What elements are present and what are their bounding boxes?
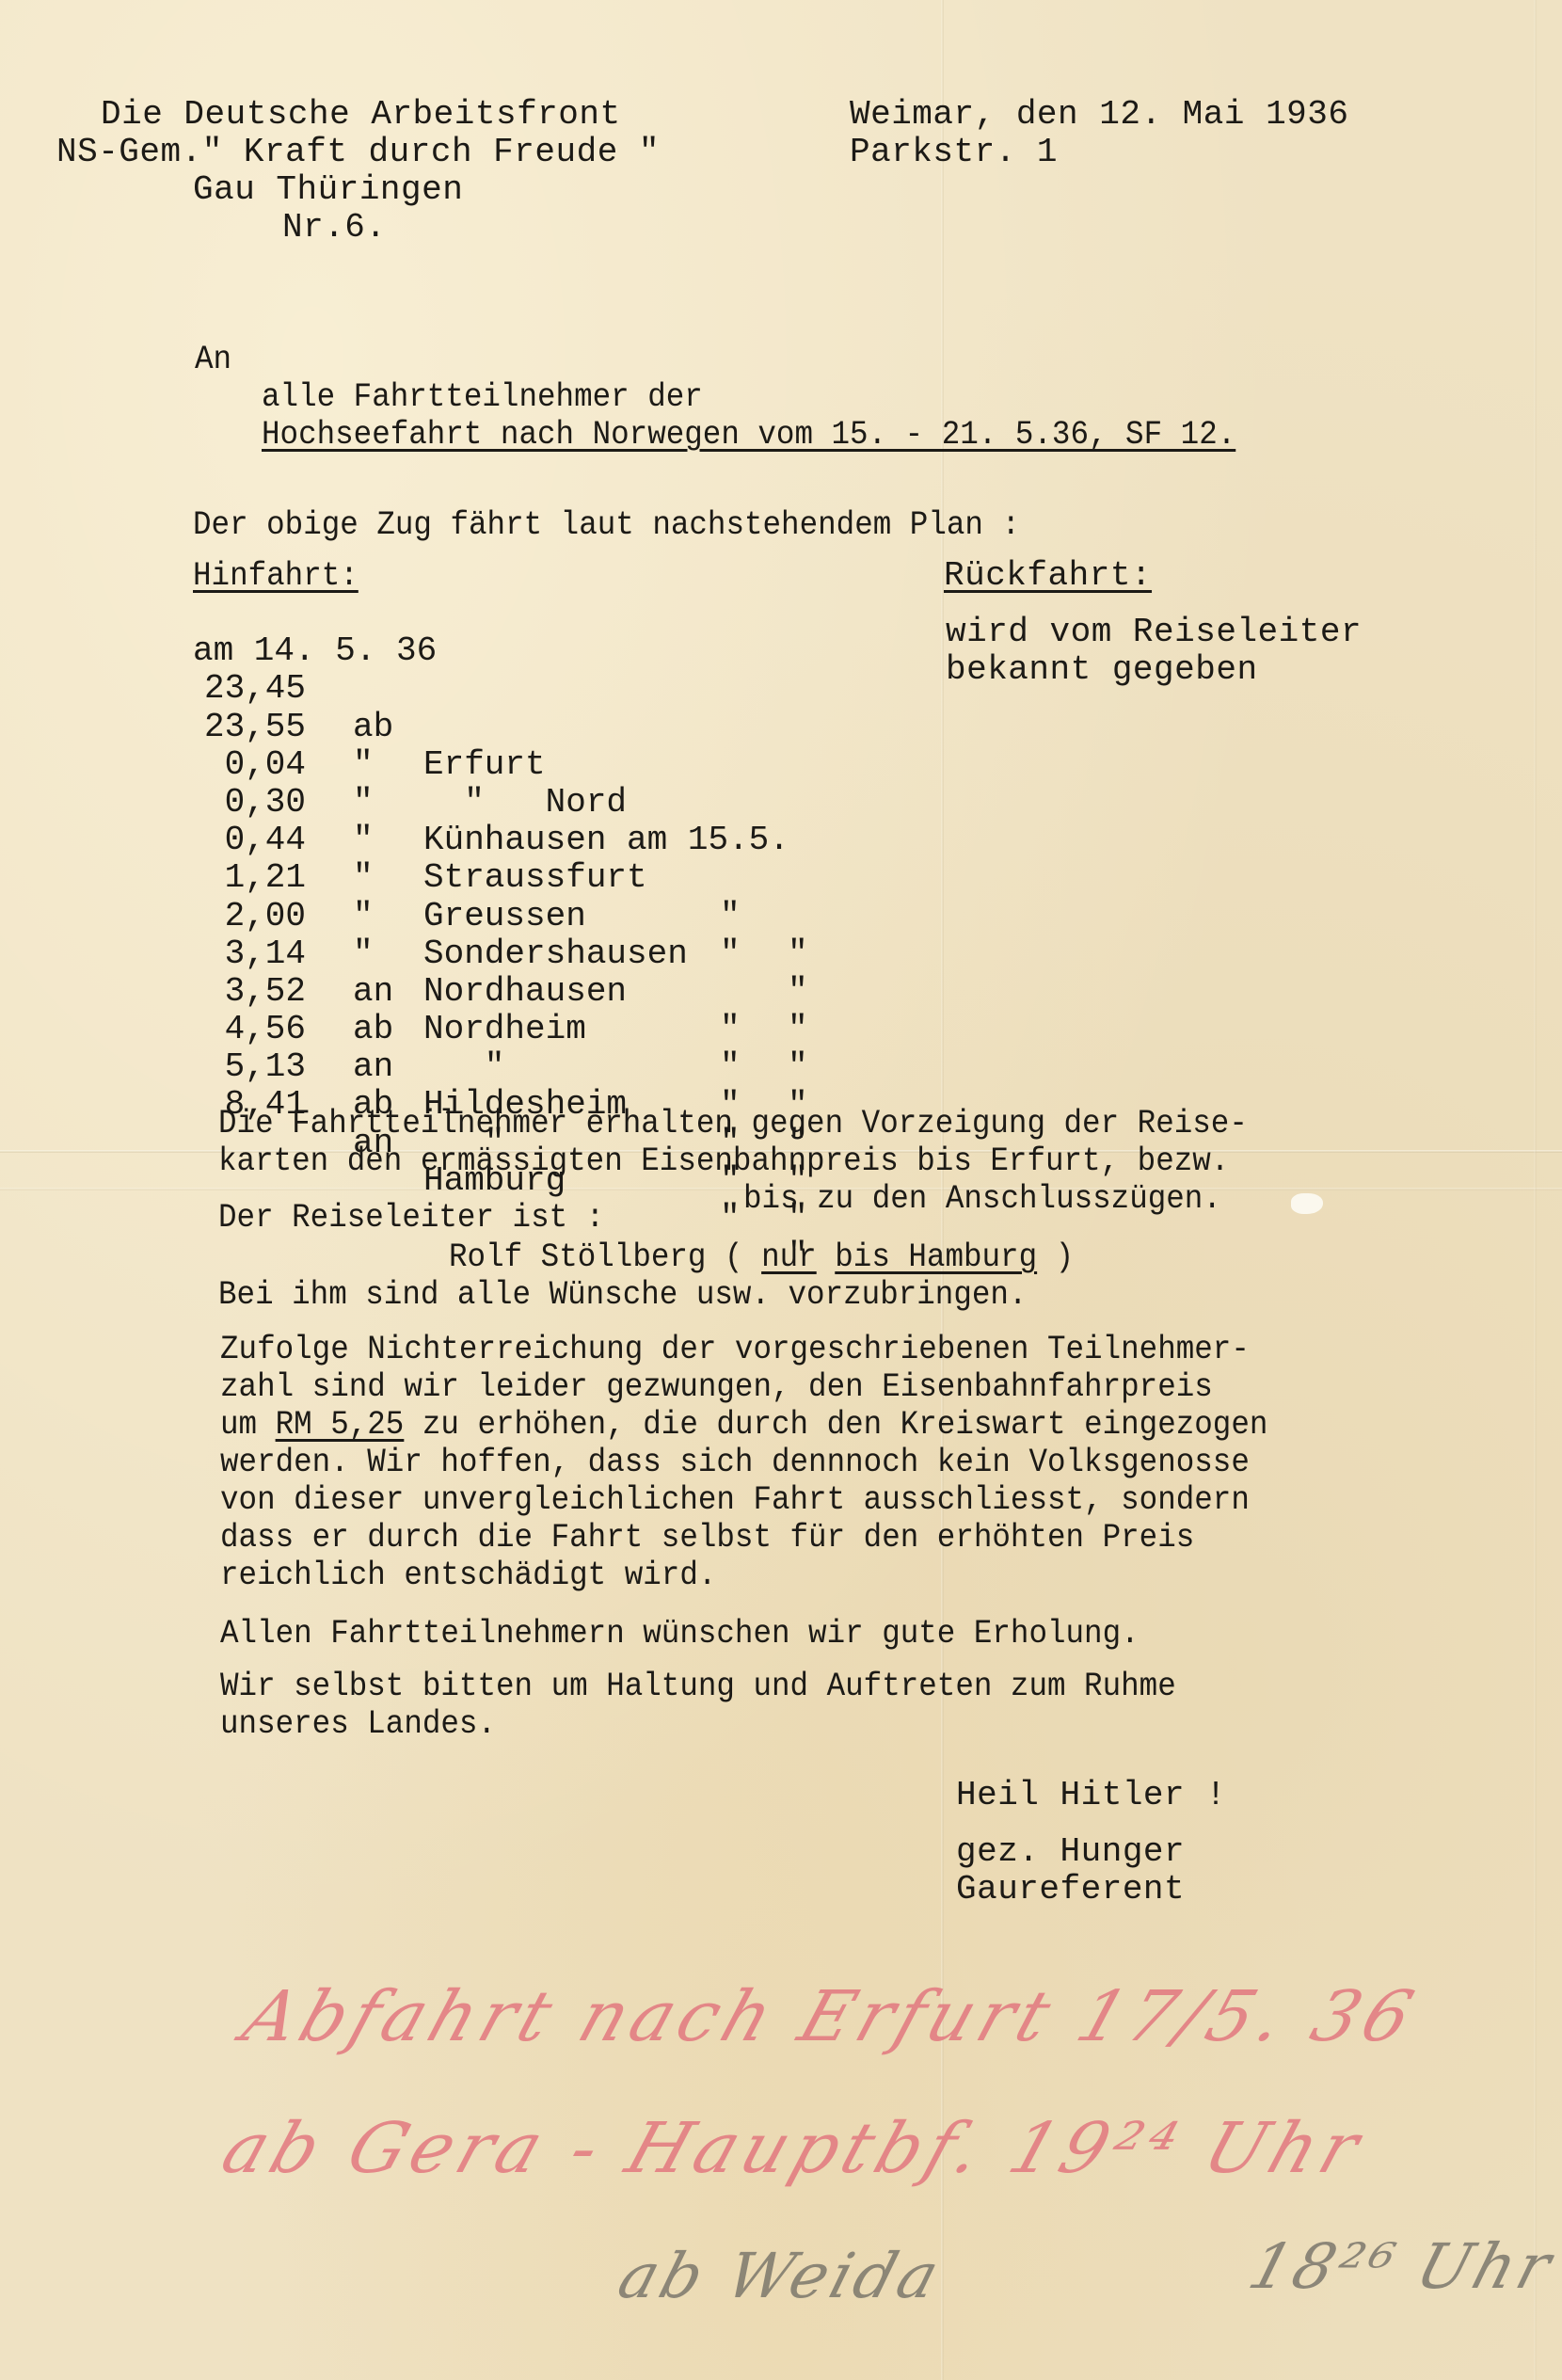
arrival-departure-mark: "	[353, 898, 374, 935]
rueckfahrt-line: wird vom Reiseleiter	[946, 614, 1362, 651]
address: Parkstr. 1	[850, 134, 1058, 171]
handwritten-red-note: Abfahrt nach Erfurt 17/5. 36	[233, 1976, 1427, 2057]
schedule-row: 5,13 ab " " "	[193, 1011, 274, 1048]
sender-community: NS-Gem." Kraft durch Freude "	[56, 134, 660, 171]
leader-line: Rolf Stöllberg ( nur bis Hamburg )	[449, 1238, 1074, 1276]
request-line: Wir selbst bitten um Haltung und Auftret…	[220, 1668, 1176, 1705]
ditto-mark: "	[788, 935, 808, 973]
arrival-departure-mark: "	[353, 746, 374, 784]
handwritten-pencil-time: 18²⁶ Uhr	[1241, 2230, 1562, 2303]
rueckfahrt-line: bekannt gegeben	[946, 651, 1258, 689]
sender-gau: Gau Thüringen	[193, 171, 463, 209]
schedule-row: 0,44 " Greussen " "	[193, 784, 274, 822]
ditto-mark: "	[788, 973, 808, 1011]
recipient-prefix: An	[195, 341, 231, 378]
schedule-row: 3,52 ab " " "	[193, 935, 274, 973]
paren-close: )	[1056, 1238, 1075, 1276]
leader-name: Rolf Stöllberg	[449, 1238, 706, 1276]
arrival-departure-mark: ab	[353, 1011, 393, 1048]
schedule-row: 8,41 an Hamburg " "	[193, 1048, 274, 1086]
hinfahrt-heading: Hinfahrt:	[193, 557, 359, 595]
schedule-row: 2,00 " Nordhausen " "	[193, 859, 274, 897]
ditto-mark: "	[720, 898, 741, 935]
paper-hole	[1291, 1193, 1323, 1214]
arrival-departure-mark: "	[353, 784, 374, 822]
arrival-departure-mark: "	[353, 935, 374, 973]
schedule-row: 0,04 " Künhausen am 15.5.	[193, 709, 274, 746]
price-line: von dieser unvergleichlichen Fahrt aussc…	[220, 1481, 1250, 1519]
paper-fold-vertical	[1534, 0, 1537, 2380]
schedule-row: 3,14 an Nordheim " "	[193, 898, 274, 935]
ditto-mark: "	[720, 1200, 741, 1238]
price-line: um RM 5,25 zu erhöhen, die durch den Kre…	[220, 1406, 1267, 1444]
station-name: Künhausen am 15.5.	[423, 822, 789, 859]
leader-label: Der Reiseleiter ist :	[218, 1199, 604, 1237]
price-line: dass er durch die Fahrt selbst für den e…	[220, 1519, 1194, 1557]
fare-line: karten den ermässigten Eisenbahnpreis bi…	[218, 1142, 1229, 1180]
sender-number: Nr.6.	[282, 209, 387, 247]
ditto-mark: "	[788, 1011, 808, 1048]
arrival-departure-mark: "	[353, 859, 374, 897]
wishes-line: Allen Fahrtteilnehmern wünschen wir gute…	[220, 1615, 1140, 1653]
rueckfahrt-heading: Rückfahrt:	[944, 557, 1152, 595]
schedule-row: 4,56 an Hildesheim " "	[193, 973, 274, 1011]
station-name: " Nord	[423, 784, 627, 822]
ditto-mark: "	[720, 1011, 741, 1048]
station-name: Straussfurt	[423, 859, 647, 897]
schedule-table: am 14. 5. 36 23,45 ab Erfurt 23,55 " " N…	[193, 595, 274, 1086]
leader-note-only: nur	[761, 1238, 817, 1276]
price-line: werden. Wir hoffen, dass sich dennnoch k…	[220, 1444, 1250, 1481]
schedule-row: 23,45 ab Erfurt	[193, 632, 274, 670]
trip-title: Hochseefahrt nach Norwegen vom 15. - 21.…	[262, 416, 1235, 454]
arrival-departure-mark: an	[353, 973, 393, 1011]
request-line: unseres Landes.	[220, 1705, 496, 1743]
price-suffix: zu erhöhen, die durch den Kreiswart eing…	[404, 1406, 1267, 1444]
schedule-intro: Der obige Zug fährt laut nachstehendem P…	[193, 506, 1020, 544]
station-name: Nordheim	[423, 1011, 586, 1048]
arrival-departure-mark: "	[353, 822, 374, 859]
handwritten-pencil-note: ab Weida	[611, 2240, 950, 2312]
arrival-departure-mark: ab	[353, 709, 393, 746]
signatory-title: Gaureferent	[956, 1871, 1185, 1909]
paren-open: (	[725, 1238, 743, 1276]
salutation: Heil Hitler !	[956, 1777, 1226, 1814]
price-line: reichlich entschädigt wird.	[220, 1557, 716, 1594]
price-amount: RM 5,25	[276, 1406, 405, 1444]
station-name: Nordhausen	[423, 973, 627, 1011]
schedule-row: 1,21 " Sondershausen "	[193, 822, 274, 859]
recipient-line: alle Fahrtteilnehmer der	[262, 378, 703, 416]
ditto-mark: "	[788, 1048, 808, 1086]
ditto-mark: "	[720, 935, 741, 973]
leader-note-route: bis Hamburg	[835, 1238, 1037, 1276]
price-line: Zufolge Nichterreichung der vorgeschrieb…	[220, 1331, 1250, 1368]
station-name: "	[423, 1048, 504, 1086]
sender-org: Die Deutsche Arbeitsfront	[101, 96, 621, 134]
place-date: Weimar, den 12. Mai 1936	[850, 96, 1348, 134]
schedule-row: 0,30 " Straussfurt " "	[193, 746, 274, 784]
price-prefix: um	[220, 1406, 276, 1444]
station-name: Erfurt	[423, 746, 546, 784]
fare-line: bis zu den Anschlusszügen.	[743, 1180, 1221, 1218]
signature: gez. Hunger	[956, 1833, 1185, 1871]
schedule-row: 23,55 " " Nord	[193, 670, 274, 708]
station-name: Greussen	[423, 898, 586, 935]
schedule-date-row: am 14. 5. 36	[193, 595, 274, 632]
arrival-departure-mark: an	[353, 1048, 393, 1086]
handwritten-red-note: ab Gera - Hauptbf. 19²⁴ Uhr	[213, 2108, 1374, 2189]
leader-wishes: Bei ihm sind alle Wünsche usw. vorzubrin…	[218, 1276, 1027, 1314]
ditto-mark: "	[720, 1048, 741, 1086]
price-line: zahl sind wir leider gezwungen, den Eise…	[220, 1368, 1213, 1406]
station-name: Sondershausen	[423, 935, 688, 973]
fare-line: Die Fahrtteilnehmer erhalten gegen Vorze…	[218, 1105, 1248, 1142]
